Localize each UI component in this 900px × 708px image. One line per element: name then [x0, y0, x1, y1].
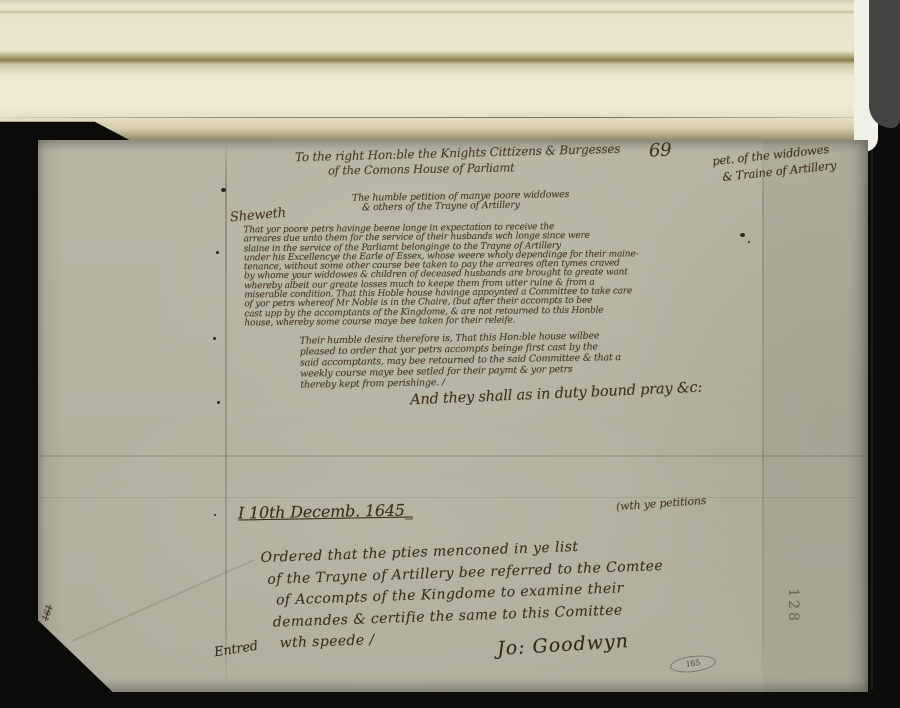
ink-speck — [221, 188, 226, 192]
book-spine-shadow — [869, 0, 900, 128]
vertical-crease-right — [762, 140, 764, 692]
order-date: I 10th Decemb. 1645_ — [238, 500, 413, 522]
folded-paper-stack — [0, 0, 863, 140]
petition-body: That yor poore petrs havinge beene longe… — [243, 222, 699, 329]
ink-speck — [213, 337, 216, 340]
ink-blot — [740, 233, 745, 237]
ink-speck — [217, 401, 220, 404]
ink-speck — [216, 251, 219, 254]
right-fold-panel — [764, 140, 868, 692]
horizontal-crease-1 — [40, 455, 866, 457]
ink-speck — [748, 241, 750, 243]
ink-speck — [214, 514, 216, 516]
archival-photo: To the right Hon:ble the Knights Cittize… — [0, 0, 900, 708]
archival-stamp-128: 128 — [785, 581, 801, 631]
horizontal-crease-2 — [40, 497, 860, 498]
vertical-crease-left — [225, 140, 227, 692]
paper-fold-crack — [0, 117, 858, 118]
right-edge-highlight — [871, 130, 873, 690]
folio-number: 69 — [648, 139, 672, 161]
